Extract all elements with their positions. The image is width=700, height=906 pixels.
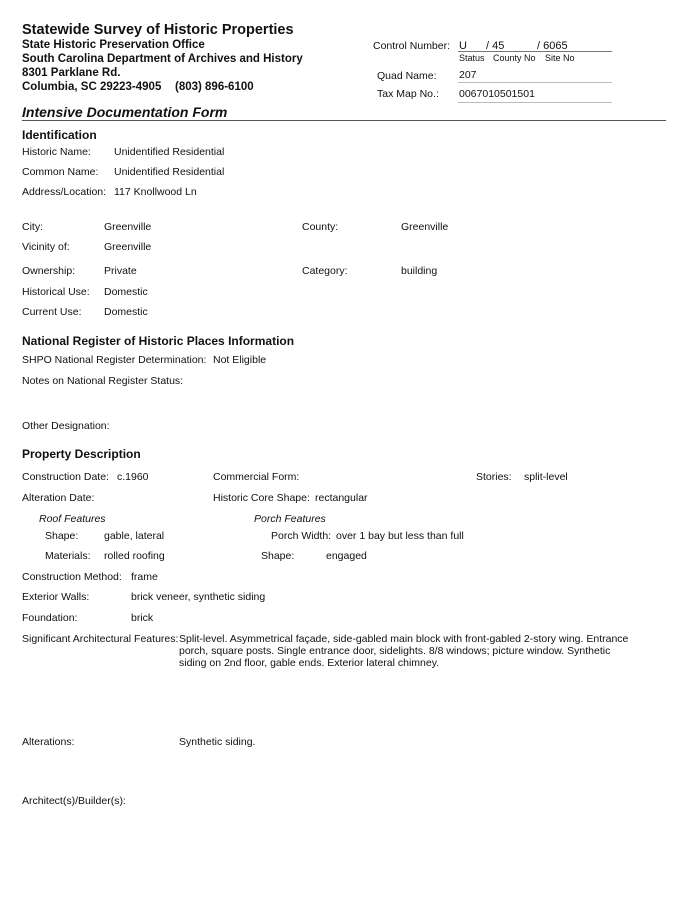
stories-value: split-level xyxy=(524,471,568,483)
foundation-value: brick xyxy=(131,612,153,624)
current-use-value: Domestic xyxy=(104,306,148,318)
quad-name-value: 207 xyxy=(459,69,477,81)
other-designation-label: Other Designation: xyxy=(22,420,110,432)
quad-name-underline xyxy=(458,82,612,83)
city-value: Greenville xyxy=(104,221,151,233)
tax-map-value: 0067010501501 xyxy=(459,88,535,100)
construction-method-label: Construction Method: xyxy=(22,571,122,583)
significant-features-label: Significant Architectural Features: xyxy=(22,633,178,645)
county-value: Greenville xyxy=(401,221,448,233)
form-title: Intensive Documentation Form xyxy=(22,104,227,120)
county-no-sublabel: County No xyxy=(493,53,536,63)
site-no-sublabel: Site No xyxy=(545,53,575,63)
historic-name-label: Historic Name: xyxy=(22,146,91,158)
address-value: 117 Knollwood Ln xyxy=(114,186,197,198)
phone-number: (803) 896-6100 xyxy=(175,81,254,93)
national-register-heading: National Register of Historic Places Inf… xyxy=(22,334,294,348)
roof-shape-label: Shape: xyxy=(45,530,78,542)
commercial-form-label: Commercial Form: xyxy=(213,471,299,483)
tax-map-underline xyxy=(458,102,612,103)
survey-title: Statewide Survey of Historic Properties xyxy=(22,22,294,38)
exterior-walls-label: Exterior Walls: xyxy=(22,591,89,603)
historical-use-value: Domestic xyxy=(104,286,148,298)
category-label: Category: xyxy=(302,265,348,277)
core-shape-label: Historic Core Shape: xyxy=(213,492,310,504)
title-rule xyxy=(22,120,666,121)
architect-builder-label: Architect(s)/Builder(s): xyxy=(22,795,126,807)
roof-shape-value: gable, lateral xyxy=(104,530,164,542)
historic-name-value: Unidentified Residential xyxy=(114,146,224,158)
current-use-label: Current Use: xyxy=(22,306,82,318)
core-shape-value: rectangular xyxy=(315,492,368,504)
street-address: 8301 Parklane Rd. xyxy=(22,67,120,79)
alterations-value: Synthetic siding. xyxy=(179,736,255,748)
porch-width-value: over 1 bay but less than full xyxy=(336,530,464,542)
stories-label: Stories: xyxy=(476,471,512,483)
porch-width-label: Porch Width: xyxy=(271,530,331,542)
roof-materials-value: rolled roofing xyxy=(104,550,165,562)
quad-name-label: Quad Name: xyxy=(377,70,437,82)
ownership-label: Ownership: xyxy=(22,265,75,277)
address-label: Address/Location: xyxy=(22,186,106,198)
nr-notes-label: Notes on National Register Status: xyxy=(22,375,183,387)
construction-date-label: Construction Date: xyxy=(22,471,109,483)
tax-map-label: Tax Map No.: xyxy=(377,88,439,100)
construction-method-value: frame xyxy=(131,571,158,583)
status-sublabel: Status xyxy=(459,53,485,63)
common-name-value: Unidentified Residential xyxy=(114,166,224,178)
alteration-date-label: Alteration Date: xyxy=(22,492,94,504)
office-name: State Historic Preservation Office xyxy=(22,39,205,51)
historical-use-label: Historical Use: xyxy=(22,286,90,298)
county-label: County: xyxy=(302,221,338,233)
alterations-label: Alterations: xyxy=(22,736,75,748)
roof-features-heading: Roof Features xyxy=(39,513,106,525)
department-name: South Carolina Department of Archives an… xyxy=(22,53,303,65)
significant-features-value: Split-level. Asymmetrical façade, side-g… xyxy=(179,633,629,669)
vicinity-label: Vicinity of: xyxy=(22,241,70,253)
construction-date-value: c.1960 xyxy=(117,471,149,483)
porch-shape-value: engaged xyxy=(326,550,367,562)
property-description-heading: Property Description xyxy=(22,447,141,461)
common-name-label: Common Name: xyxy=(22,166,98,178)
shpo-determination-value: Not Eligible xyxy=(213,354,266,366)
foundation-label: Foundation: xyxy=(22,612,77,624)
exterior-walls-value: brick veneer, synthetic siding xyxy=(131,591,265,603)
porch-features-heading: Porch Features xyxy=(254,513,326,525)
identification-heading: Identification xyxy=(22,128,97,142)
vicinity-value: Greenville xyxy=(104,241,151,253)
roof-materials-label: Materials: xyxy=(45,550,91,562)
porch-shape-label: Shape: xyxy=(261,550,294,562)
ownership-value: Private xyxy=(104,265,137,277)
control-number-underline xyxy=(458,51,612,52)
city-zip: Columbia, SC 29223-4905 xyxy=(22,81,161,93)
shpo-determination-label: SHPO National Register Determination: xyxy=(22,354,206,366)
city-label: City: xyxy=(22,221,43,233)
control-number-label: Control Number: xyxy=(373,40,450,52)
category-value: building xyxy=(401,265,437,277)
